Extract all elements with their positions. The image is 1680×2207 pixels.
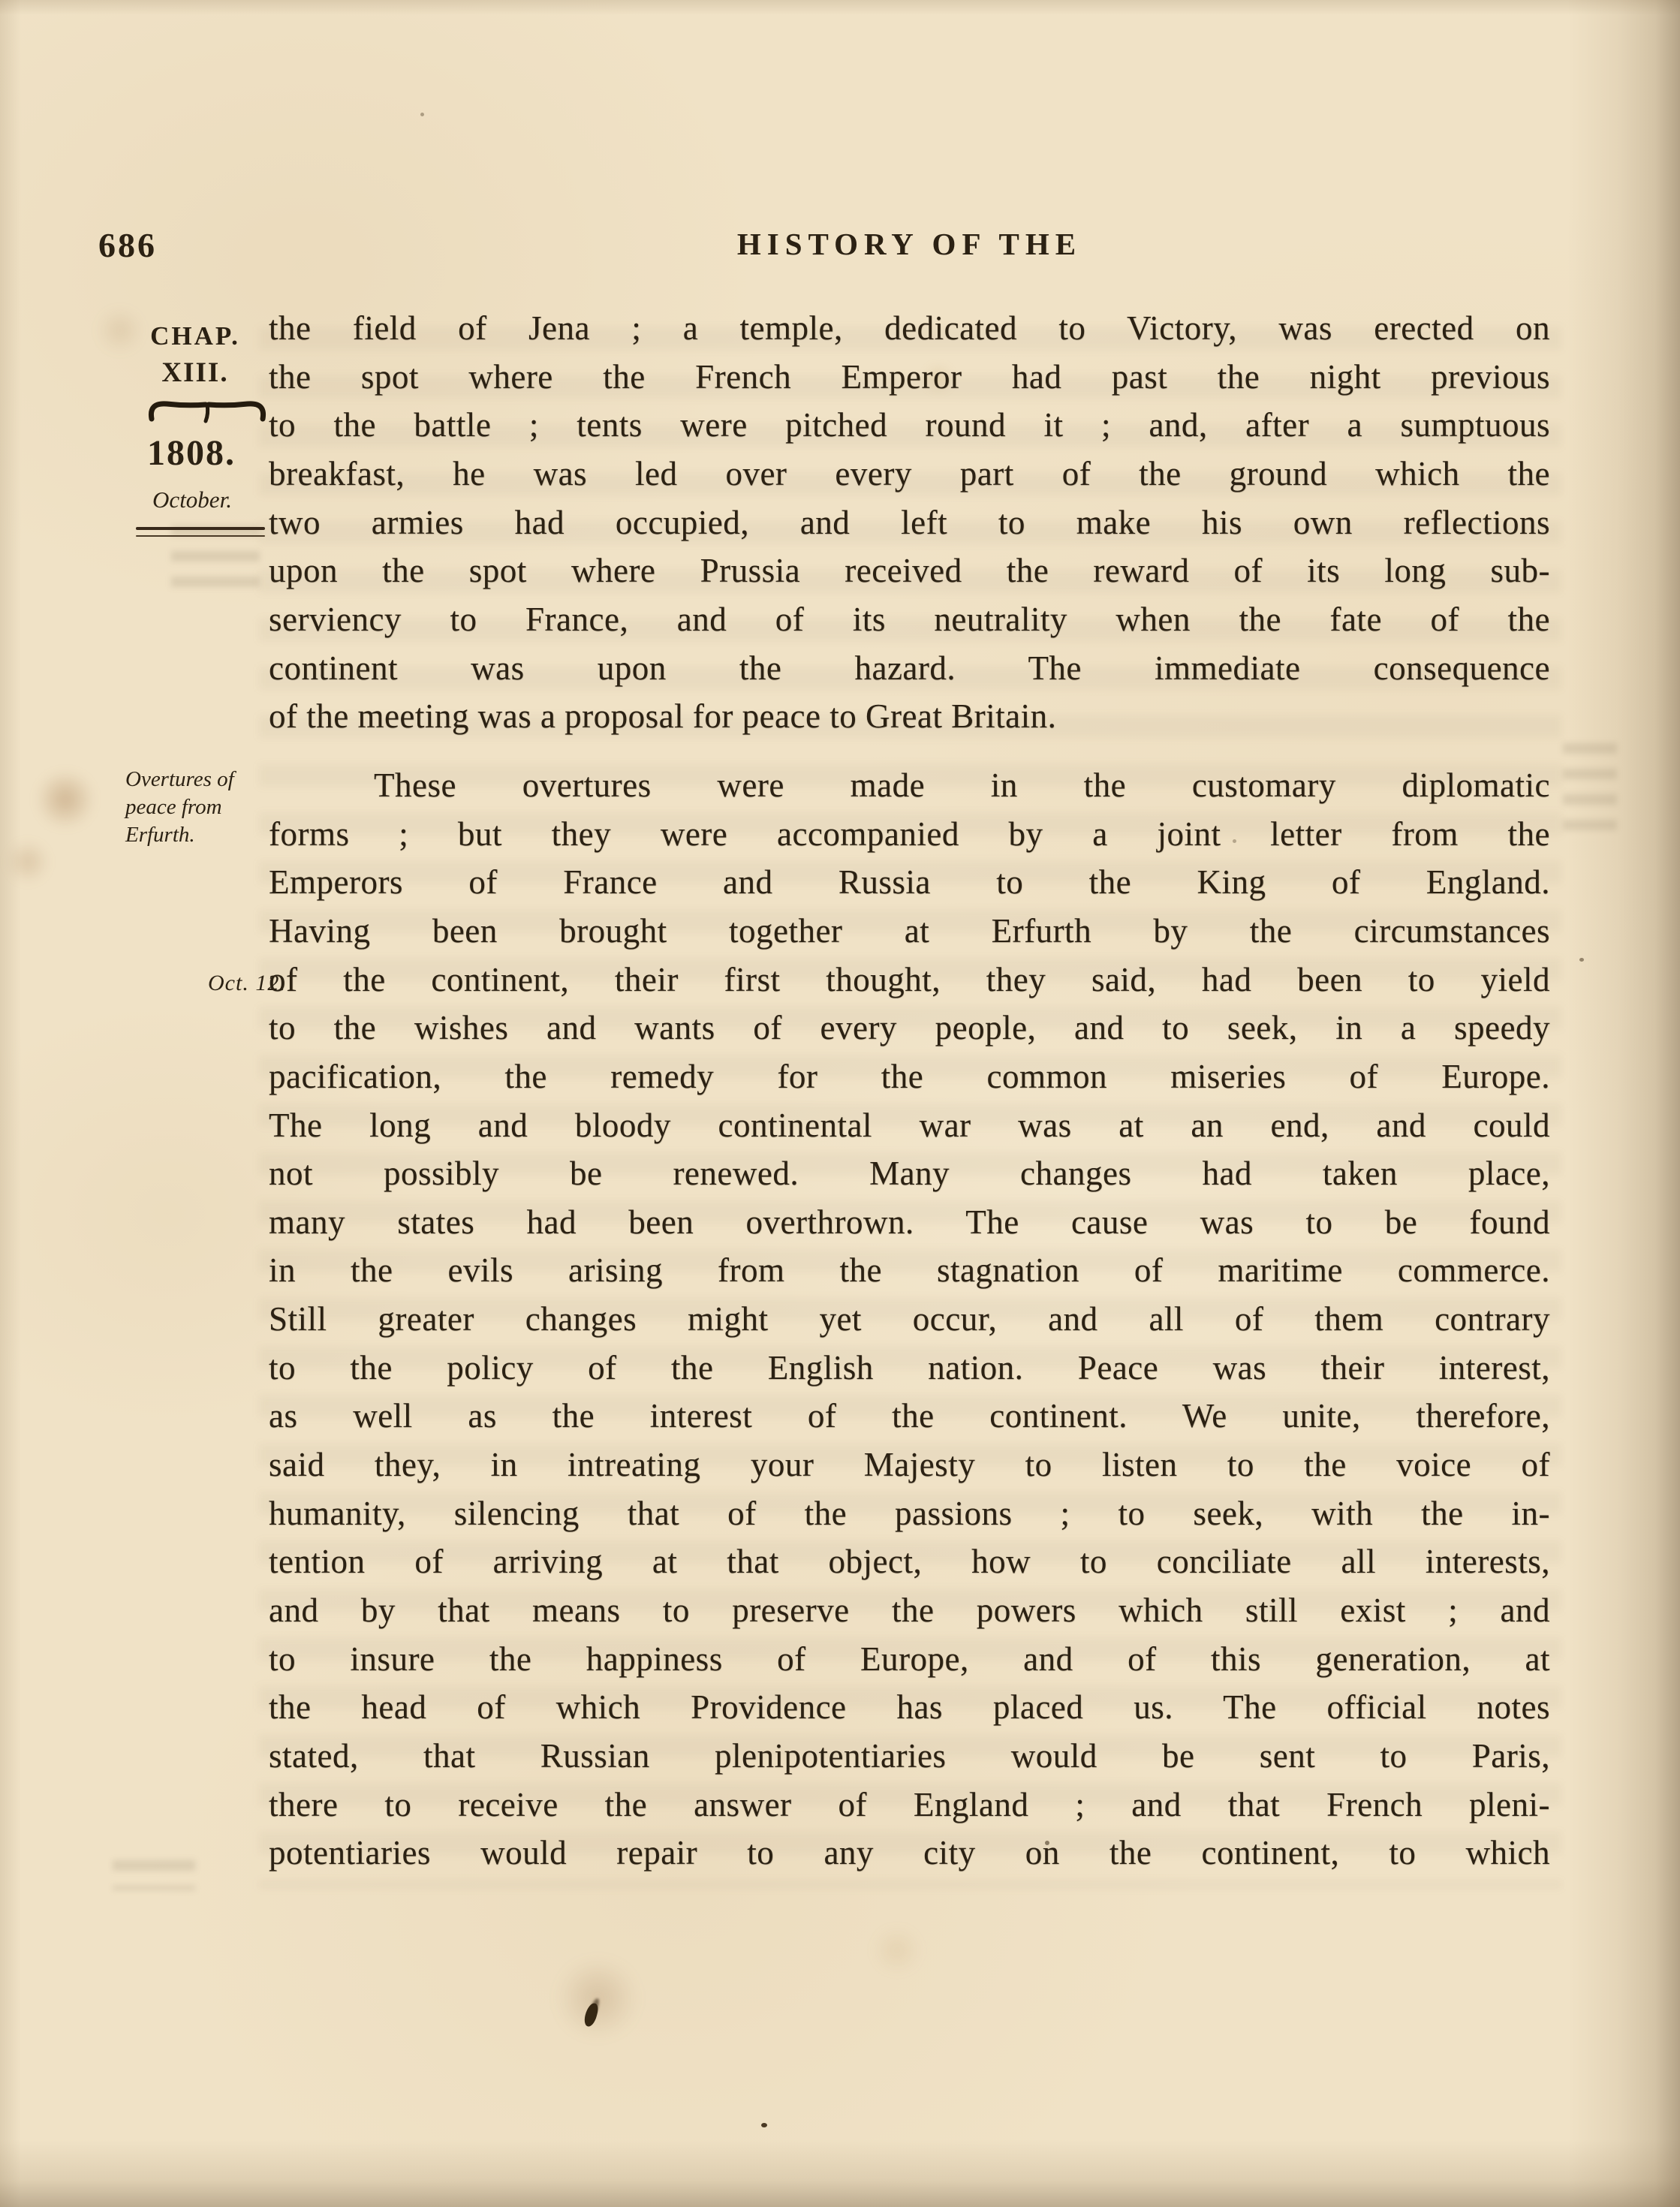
running-head: HISTORY OF THE <box>269 226 1550 262</box>
page-number: 686 <box>98 225 157 265</box>
page-edge-shadow-left <box>0 0 21 2207</box>
body-line: not possibly be renewed. Many changes ha… <box>269 1149 1550 1198</box>
body-line: to insure the happiness of Europe, and o… <box>269 1635 1550 1684</box>
paper-speck <box>761 2123 767 2127</box>
body-line: Emperors of France and Russia to the Kin… <box>269 858 1550 907</box>
margin-month: October. <box>113 486 272 513</box>
body-line: and by that means to preserve the powers… <box>269 1586 1550 1635</box>
paper-speck <box>1579 958 1584 962</box>
foxing-stain <box>871 1929 923 1971</box>
body-line: upon the spot where Prussia received the… <box>269 546 1550 595</box>
paragraph-2: These overtures were made in the customa… <box>269 761 1550 1877</box>
margin-year: 1808. <box>113 432 270 474</box>
body-line: serviency to France, and of its neutrali… <box>269 595 1550 644</box>
body-line: two armies had occupied, and left to mak… <box>269 498 1550 547</box>
body-line: humanity, silencing that of the passions… <box>269 1489 1550 1538</box>
body-line: to the wishes and wants of every people,… <box>269 1004 1550 1052</box>
body-line: These overtures were made in the customa… <box>269 761 1550 810</box>
body-line: said they, in intreating your Majesty to… <box>269 1441 1550 1489</box>
foxing-stain <box>5 841 51 883</box>
month-underline-rule <box>136 527 265 537</box>
body-line: breakfast, he was led over every part of… <box>269 450 1550 498</box>
body-line: The long and bloody continental war was … <box>269 1101 1550 1150</box>
page-edge-shadow-bottom <box>0 2139 1680 2207</box>
paper-speck <box>420 113 424 116</box>
chapter-label: CHAP. <box>113 321 278 351</box>
show-through-margin-note <box>1563 743 1617 841</box>
page-edge-shadow-top <box>0 0 1680 15</box>
body-line: continent was upon the hazard. The immed… <box>269 644 1550 693</box>
body-line: to the battle ; tents were pitched round… <box>269 401 1550 450</box>
rule-line-thick <box>136 527 265 530</box>
body-line: of the continent, their first thought, t… <box>269 956 1550 1004</box>
body-line: as well as the interest of the continent… <box>269 1392 1550 1441</box>
body-line: forms ; but they were accompanied by a j… <box>269 810 1550 859</box>
page-edge-shadow-right <box>1567 0 1680 2207</box>
chapter-brace-ornament <box>144 393 270 429</box>
ink-blot <box>583 2002 599 2028</box>
body-line: the head of which Providence has placed … <box>269 1683 1550 1732</box>
body-line: to the policy of the English nation. Pea… <box>269 1344 1550 1393</box>
paragraph-1: the field of Jena ; a temple, dedicated … <box>269 304 1550 741</box>
foxing-stain <box>33 772 98 827</box>
body-line: the spot where the French Emperor had pa… <box>269 353 1550 402</box>
body-line: Still greater changes might yet occur, a… <box>269 1295 1550 1344</box>
body-line: of the meeting was a proposal for peace … <box>269 692 1550 741</box>
book-page-scan: 686 HISTORY OF THE CHAP. XIII. 1808. Oct… <box>0 0 1680 2207</box>
body-line: Having been brought together at Erfurth … <box>269 907 1550 956</box>
body-line: many states had been overthrown. The cau… <box>269 1198 1550 1247</box>
body-line: the field of Jena ; a temple, dedicated … <box>269 304 1550 353</box>
chapter-numeral: XIII. <box>113 357 278 389</box>
show-through-margin-note <box>113 1860 195 1890</box>
body-line: there to receive the answer of England ;… <box>269 1781 1550 1829</box>
body-line: pacification, the remedy for the common … <box>269 1052 1550 1101</box>
body-line: in the evils arising from the stagnation… <box>269 1246 1550 1295</box>
rule-line-thin <box>136 535 265 537</box>
body-line: potentiaries would repair to any city on… <box>269 1829 1550 1877</box>
body-line: stated, that Russian plenipotentiaries w… <box>269 1732 1550 1781</box>
body-text: the field of Jena ; a temple, dedicated … <box>269 304 1550 1877</box>
body-line: tention of arriving at that object, how … <box>269 1537 1550 1586</box>
foxing-stain <box>552 1961 643 2036</box>
